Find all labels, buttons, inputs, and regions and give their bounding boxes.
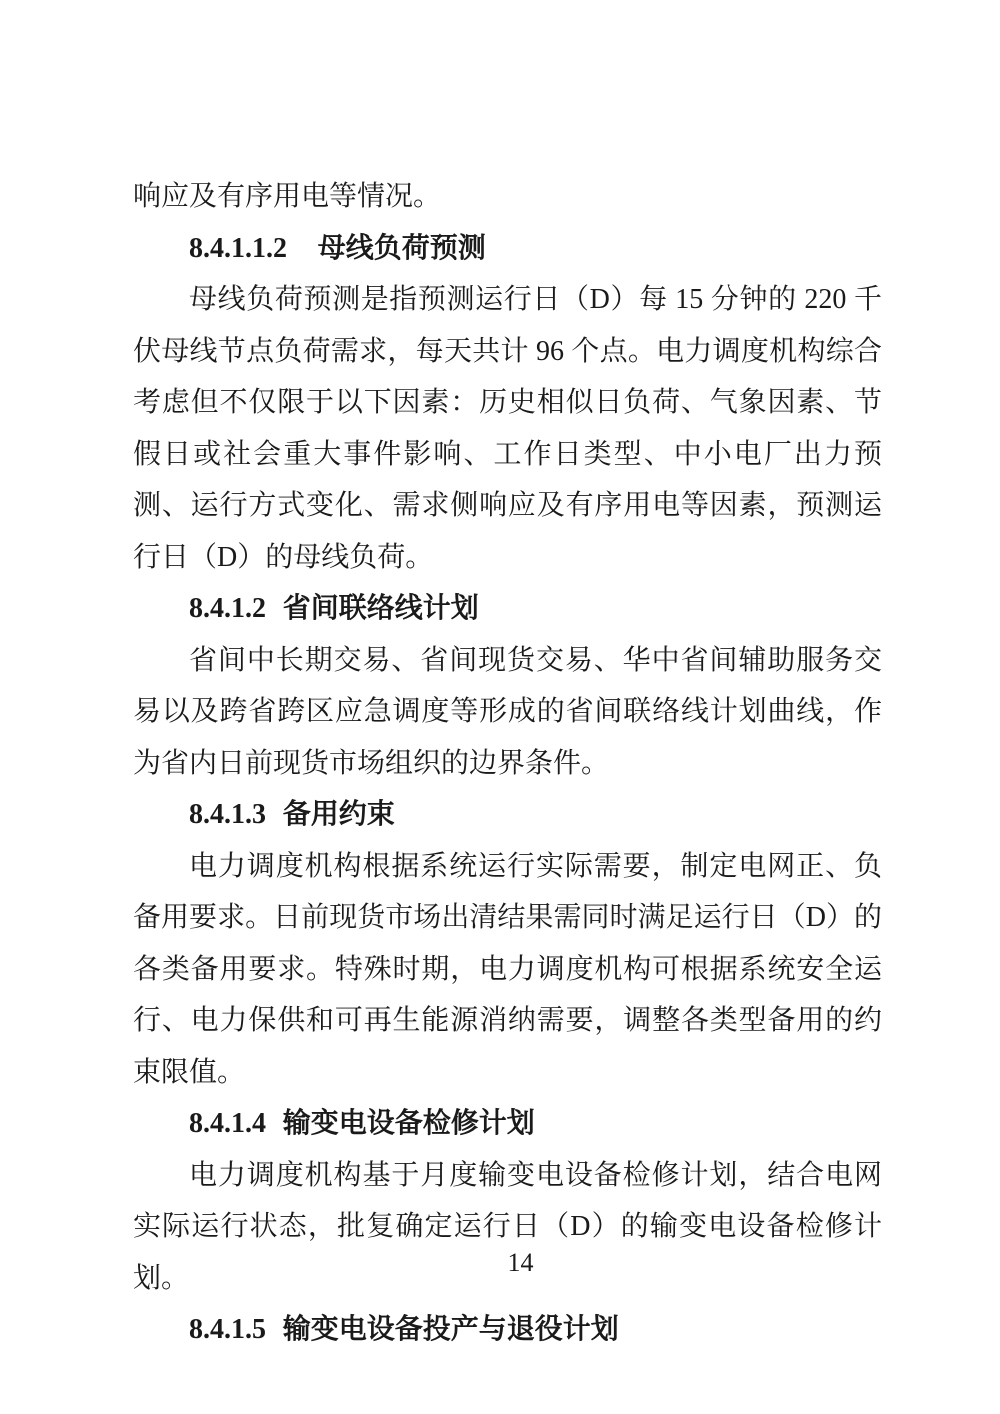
section-number: 8.4.1.1.2 (189, 233, 287, 264)
document-body: 响应及有序用电等情况。 8.4.1.1.2母线负荷预测 母线负荷预测是指预测运行… (133, 171, 882, 1356)
paragraph: 省间中长期交易、省间现货交易、华中省间辅助服务交易以及跨省跨区应急调度等形成的省… (133, 635, 882, 790)
section-heading: 8.4.1.3备用约束 (133, 789, 882, 841)
section-number: 8.4.1.2 (189, 593, 266, 624)
section-heading: 8.4.1.1.2母线负荷预测 (133, 223, 882, 275)
section-title: 省间联络线计划 (283, 593, 479, 624)
document-page: 响应及有序用电等情况。 8.4.1.1.2母线负荷预测 母线负荷预测是指预测运行… (0, 0, 1000, 1414)
paragraph: 母线负荷预测是指预测运行日（D）每 15 分钟的 220 千伏母线节点负荷需求，… (133, 274, 882, 583)
paragraph: 电力调度机构根据系统运行实际需要，制定电网正、负备用要求。日前现货市场出清结果需… (133, 841, 882, 1099)
paragraph: 响应及有序用电等情况。 (133, 171, 882, 223)
section-title: 输变电设备检修计划 (283, 1108, 535, 1139)
section-number: 8.4.1.3 (189, 799, 266, 830)
section-number: 8.4.1.5 (189, 1314, 266, 1345)
section-number: 8.4.1.4 (189, 1108, 266, 1139)
paragraph: 电力调度机构基于月度输变电设备检修计划，结合电网实际运行状态，批复确定运行日（D… (133, 1150, 882, 1305)
section-heading: 8.4.1.4输变电设备检修计划 (133, 1098, 882, 1150)
section-heading: 8.4.1.5输变电设备投产与退役计划 (133, 1304, 882, 1356)
section-title: 备用约束 (283, 799, 395, 830)
section-heading: 8.4.1.2省间联络线计划 (133, 583, 882, 635)
page-number: 14 (133, 1247, 908, 1279)
section-title: 母线负荷预测 (318, 233, 486, 264)
section-title: 输变电设备投产与退役计划 (283, 1314, 619, 1345)
